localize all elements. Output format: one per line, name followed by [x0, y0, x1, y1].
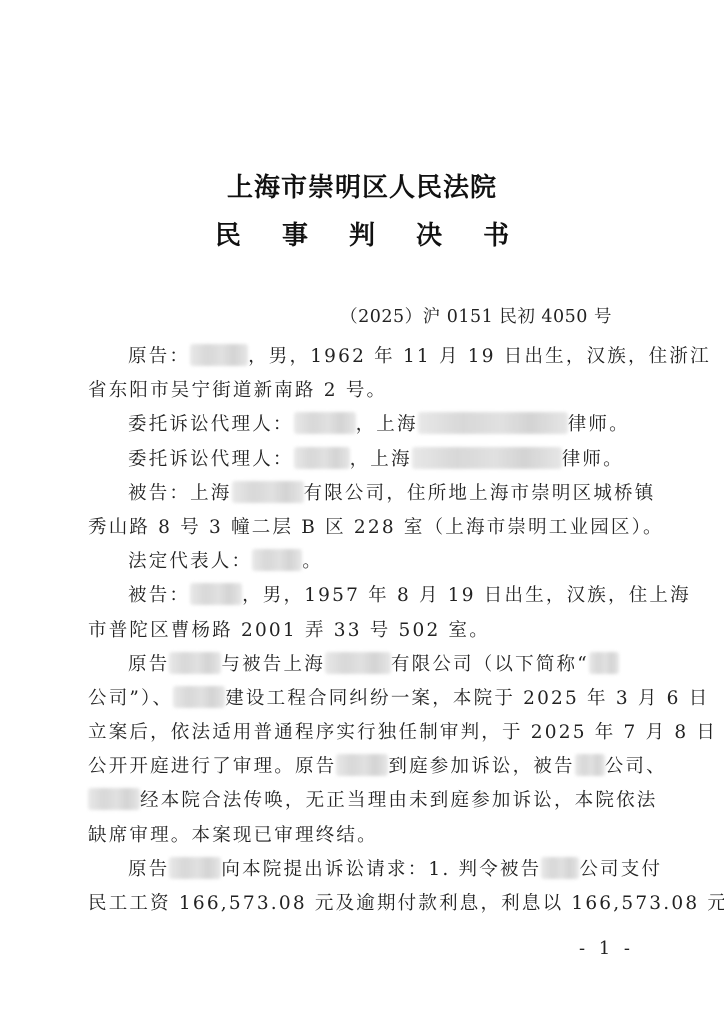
- plaintiff-details: ，男，1962 年 11 月 19 日出生，汉族，住浙江: [248, 346, 711, 367]
- case-number: （2025）沪 0151 民初 4050 号: [340, 303, 612, 331]
- redacted-defendant-company-name: [325, 652, 391, 674]
- redacted-agent-2-name: [294, 447, 350, 469]
- plaintiff-line-2: 省东阳市吴宁街道新南路 2 号。: [88, 374, 636, 408]
- plaintiff-line-1: 原告：，男，1962 年 11 月 19 日出生，汉族，住浙江: [88, 340, 636, 374]
- text-segment: 公司支付: [579, 859, 662, 880]
- document-type-title: 民 事 判 决 书: [0, 218, 724, 254]
- redacted-defendant-person-name: [190, 583, 242, 605]
- court-name-title: 上海市崇明区人民法院: [0, 170, 724, 206]
- case-summary-line-5: 经本院合法传唤，无正当理由未到庭参加诉讼，本院依法: [88, 784, 636, 818]
- agent-2-firm-prefix: ，上海: [350, 449, 412, 470]
- document-page: 上海市崇明区人民法院 民 事 判 决 书 （2025）沪 0151 民初 405…: [0, 0, 724, 1024]
- redacted-agent-1-firm: [418, 412, 568, 434]
- case-summary-line-6: 缺席审理。本案现已审理终结。: [88, 819, 636, 853]
- agent-2-title: 律师。: [562, 449, 624, 470]
- defendant-person-label: 被告：: [128, 585, 190, 606]
- redacted-agent-1-name: [294, 412, 356, 434]
- agent-1-label: 委托诉讼代理人：: [128, 414, 294, 435]
- agent-1-firm-prefix: ，上海: [356, 414, 418, 435]
- redacted-defendant-company-name: [232, 481, 304, 503]
- text-segment: 原告: [128, 654, 169, 675]
- redacted-agent-2-firm: [412, 447, 562, 469]
- defendant-company-address: 有限公司，住所地上海市崇明区城桥镇: [304, 483, 656, 504]
- defendant-person-details: ，男，1957 年 8 月 19 日出生，汉族，住上海: [242, 585, 691, 606]
- claims-line-1: 原告向本院提出诉讼请求：1. 判令被告公司支付: [88, 853, 636, 887]
- text-segment: 公司、: [605, 756, 667, 777]
- redacted-legal-rep-name: [252, 549, 302, 571]
- agent-2-label: 委托诉讼代理人：: [128, 449, 294, 470]
- redacted-plaintiff-name: [169, 857, 221, 879]
- text-segment: 有限公司（以下简称“: [391, 654, 589, 675]
- case-summary-line-1: 原告与被告上海有限公司（以下简称“: [88, 648, 636, 682]
- text-segment: 原告: [128, 859, 169, 880]
- agent-1-line: 委托诉讼代理人：，上海律师。: [88, 408, 636, 442]
- redacted-plaintiff-name: [336, 754, 388, 776]
- defendant-company-line-1: 被告：上海有限公司，住所地上海市崇明区城桥镇: [88, 477, 636, 511]
- redacted-company-short-name: [575, 754, 605, 776]
- defendant-company-line-2: 秀山路 8 号 3 幢二层 B 区 228 室（上海市崇明工业园区）。: [88, 511, 636, 545]
- redacted-company-short-name: [589, 652, 619, 674]
- defendant-person-line-2: 市普陀区曹杨路 2001 弄 33 号 502 室。: [88, 614, 636, 648]
- case-summary-line-4: 公开开庭进行了审理。原告到庭参加诉讼，被告公司、: [88, 750, 636, 784]
- judgment-body: 原告：，男，1962 年 11 月 19 日出生，汉族，住浙江 省东阳市吴宁街道…: [88, 340, 636, 921]
- case-summary-line-2: 公司”）、建设工程合同纠纷一案，本院于 2025 年 3 月 6 日: [88, 682, 636, 716]
- text-segment: 到庭参加诉讼，被告: [388, 756, 574, 777]
- plaintiff-label: 原告：: [128, 346, 190, 367]
- text-segment: 建设工程合同纠纷一案，本院于 2025 年 3 月 6 日: [225, 688, 709, 709]
- redacted-defendant-person-name: [88, 788, 140, 810]
- text-segment: 经本院合法传唤，无正当理由未到庭参加诉讼，本院依法: [140, 790, 658, 811]
- case-summary-line-3: 立案后，依法适用普通程序实行独任制审判，于 2025 年 7 月 8 日: [88, 716, 636, 750]
- redacted-defendant-person-name: [173, 686, 225, 708]
- legal-rep-label: 法定代表人：: [128, 551, 252, 572]
- text-segment: 与被告上海: [221, 654, 325, 675]
- claims-line-2: 民工工资 166,573.08 元及逾期付款利息，利息以 166,573.08 …: [88, 887, 636, 921]
- agent-1-title: 律师。: [568, 414, 630, 435]
- redacted-company-short-name: [541, 857, 579, 879]
- legal-rep-end: 。: [302, 551, 323, 572]
- defendant-company-label: 被告：上海: [128, 483, 232, 504]
- legal-representative-line: 法定代表人：。: [88, 545, 636, 579]
- redacted-plaintiff-name: [169, 652, 221, 674]
- redacted-plaintiff-name: [190, 344, 248, 366]
- page-number: - 1 -: [579, 937, 634, 961]
- text-segment: 公司”）、: [88, 688, 173, 709]
- defendant-person-line-1: 被告：，男，1957 年 8 月 19 日出生，汉族，住上海: [88, 579, 636, 613]
- text-segment: 向本院提出诉讼请求：1. 判令被告: [221, 859, 541, 880]
- agent-2-line: 委托诉讼代理人：，上海律师。: [88, 443, 636, 477]
- text-segment: 公开开庭进行了审理。原告: [88, 756, 336, 777]
